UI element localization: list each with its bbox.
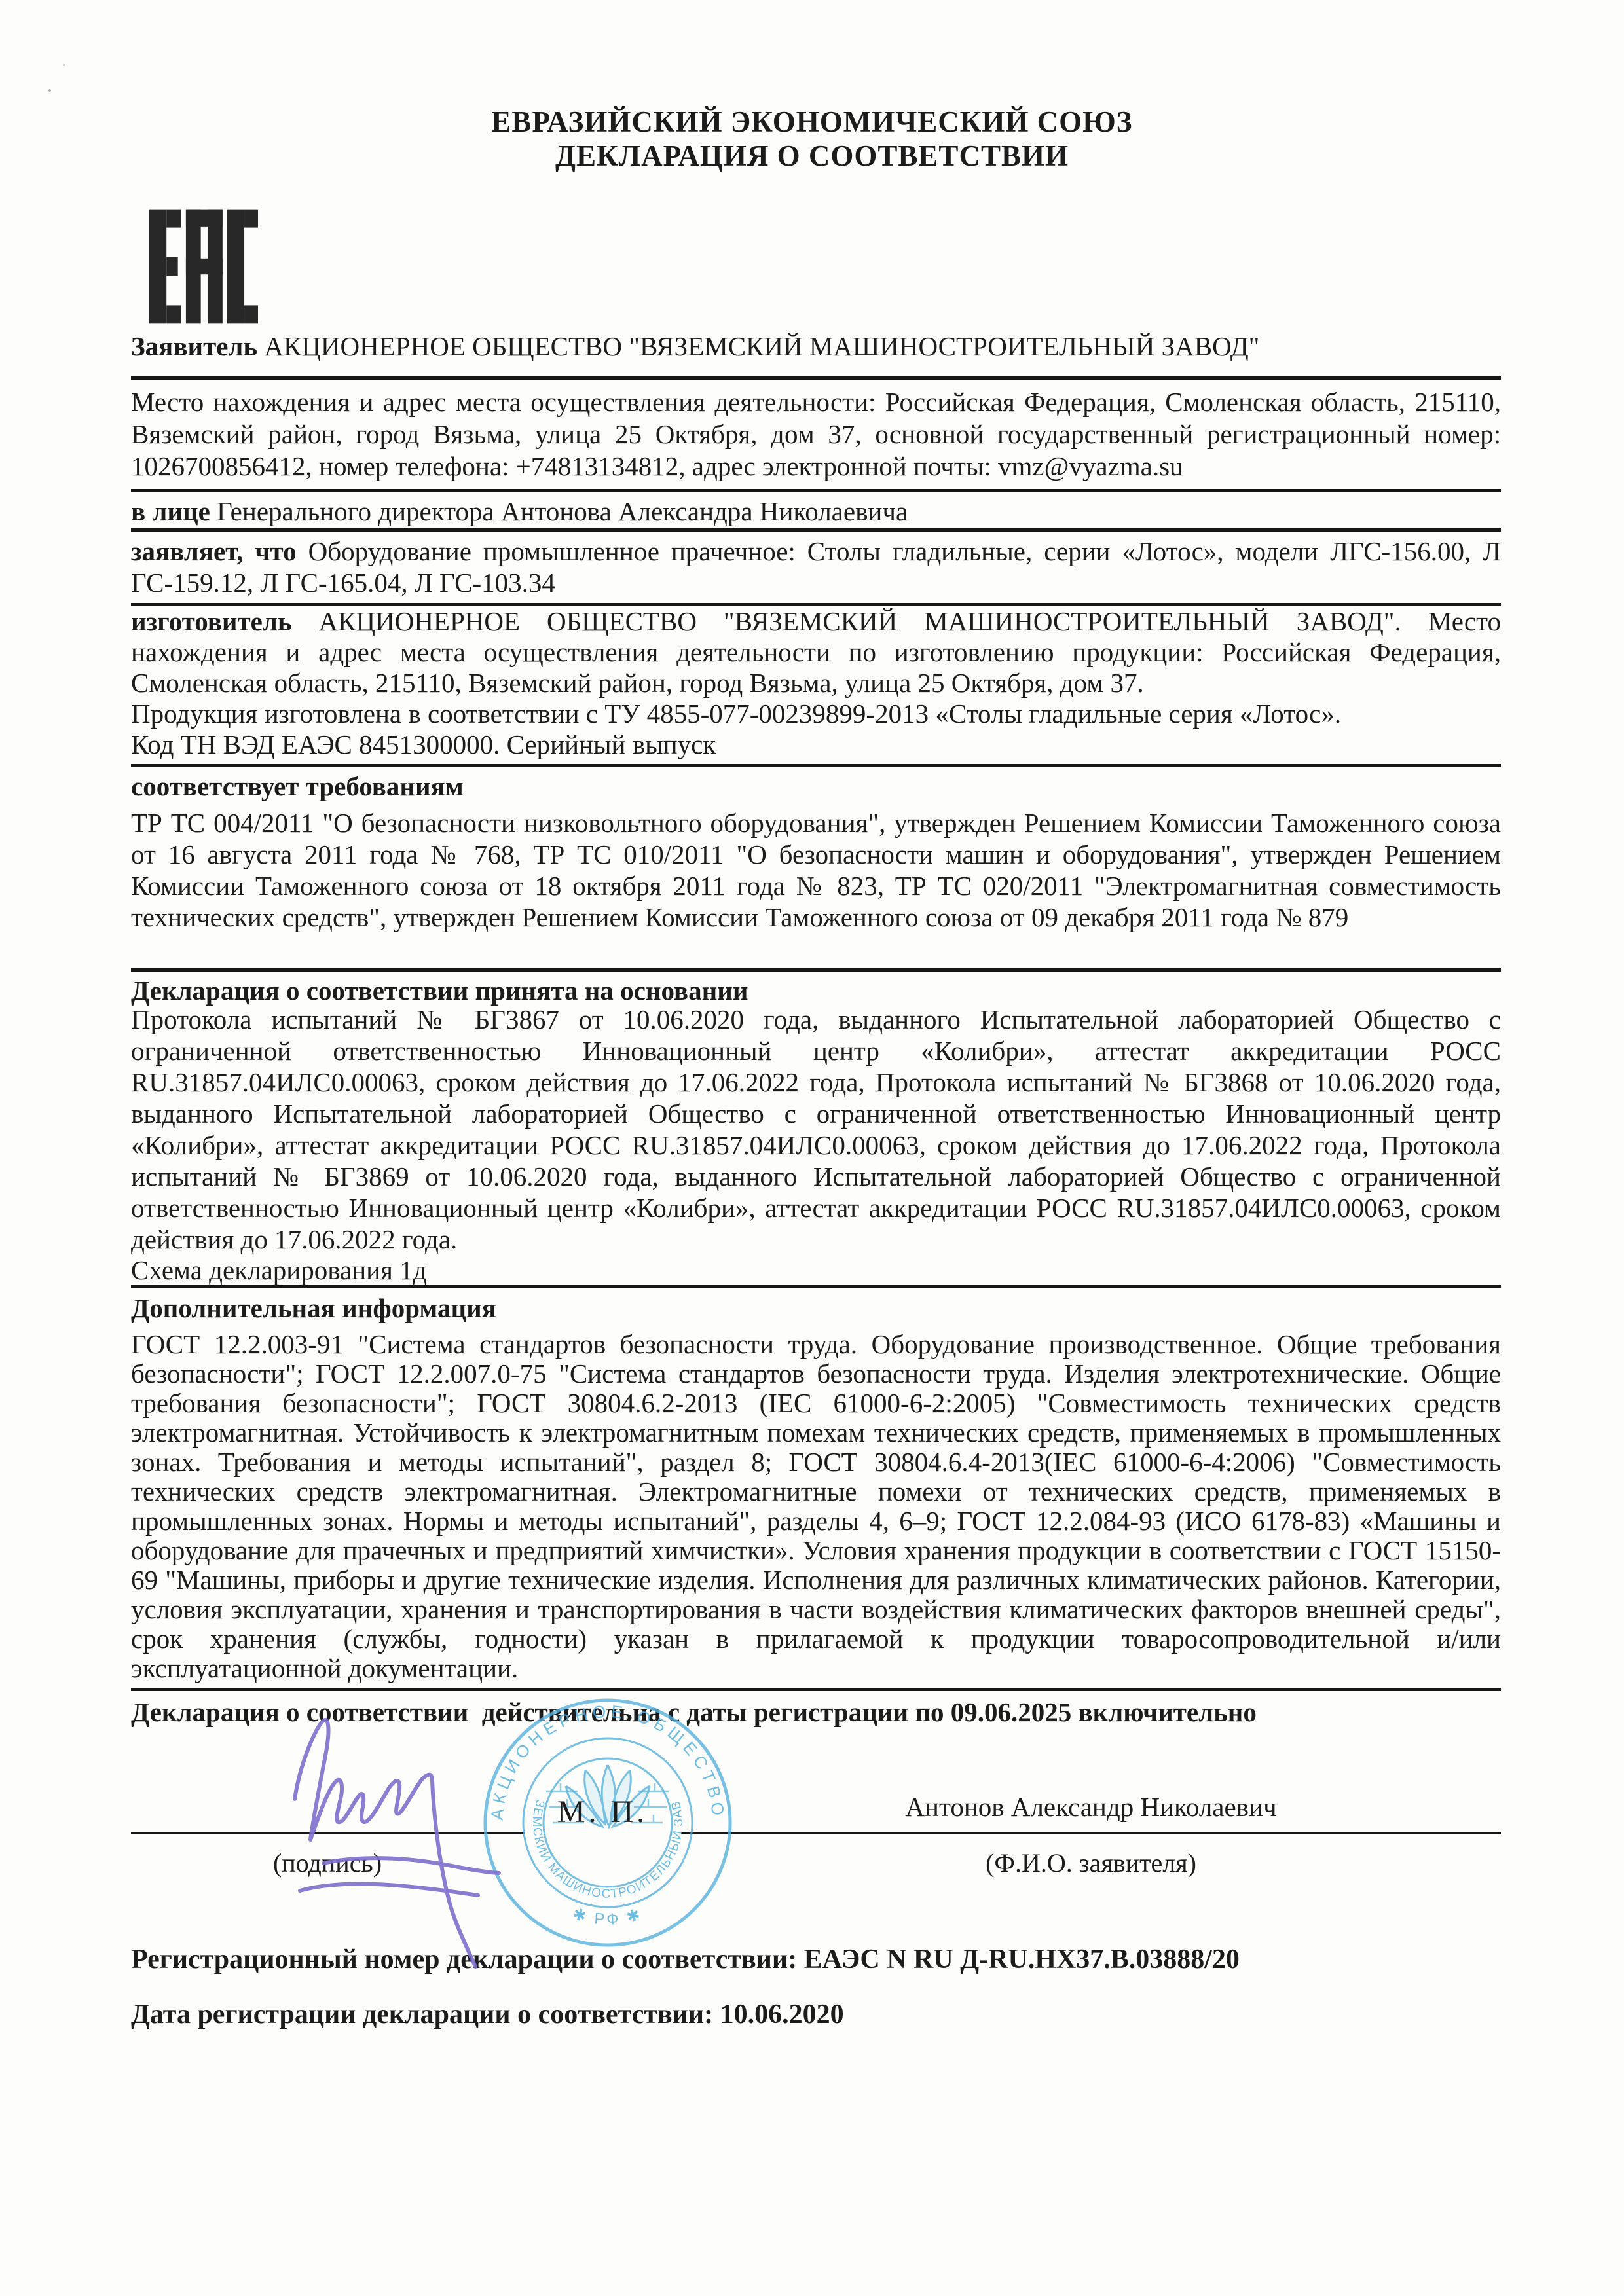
- declares-text: Оборудование промышленное прачечное: Сто…: [131, 536, 1501, 598]
- tnved-code: Код ТН ВЭД ЕАЭС 8451300000. Серийный вып…: [131, 729, 1501, 760]
- eac-mark-icon: [149, 208, 258, 325]
- section-address: Место нахождения и адрес места осуществл…: [131, 386, 1501, 483]
- declarant-name: АКЦИОНЕРНОЕ ОБЩЕСТВО "ВЯЗЕМСКИЙ МАШИНОСТ…: [264, 331, 1259, 361]
- additional-heading: Дополнительная информация: [131, 1293, 1501, 1324]
- section-declares: заявляет, что Оборудование промышленное …: [131, 536, 1501, 598]
- declaration-scheme: Схема декларирования 1д: [131, 1255, 1501, 1286]
- signature-line-right: [681, 1832, 1501, 1834]
- section-additional: ГОСТ 12.2.003-91 "Система стандартов без…: [131, 1330, 1501, 1683]
- declaration-document: ЕВРАЗИЙСКИЙ ЭКОНОМИЧЕСКИЙ СОЮЗ ДЕКЛАРАЦИ…: [0, 0, 1624, 2296]
- scan-speck: [48, 89, 51, 92]
- divider: [131, 968, 1501, 972]
- additional-text: ГОСТ 12.2.003-91 "Система стандартов без…: [131, 1330, 1501, 1683]
- manufacturer-label: изготовитель: [131, 606, 292, 636]
- declares-label: заявляет, что: [131, 536, 297, 566]
- stamp-bottom-text: ✱ РФ ✱: [571, 1905, 645, 1929]
- seal-place-label: М. П.: [550, 1794, 655, 1830]
- in-person-text: Генерального директора Антонова Александ…: [217, 496, 908, 526]
- divider: [131, 1688, 1501, 1691]
- complies-heading: соответствует требованиям: [131, 771, 1501, 802]
- svg-text:✱ РФ ✱: ✱ РФ ✱: [571, 1905, 645, 1929]
- signer-name: Антонов Александр Николаевич: [681, 1791, 1501, 1823]
- scan-speck: [63, 64, 65, 66]
- section-declarant: Заявитель АКЦИОНЕРНОЕ ОБЩЕСТВО "ВЯЗЕМСКИ…: [131, 331, 1501, 362]
- divider: [131, 1285, 1501, 1288]
- divider: [131, 764, 1501, 767]
- basis-heading: Декларация о соответствии принята на осн…: [131, 975, 1501, 1006]
- section-manufacturer: изготовитель АКЦИОНЕРНОЕ ОБЩЕСТВО "ВЯЗЕМ…: [131, 606, 1501, 760]
- divider: [131, 489, 1501, 492]
- page-title-line2: ДЕКЛАРАЦИЯ О СООТВЕТСТВИИ: [0, 139, 1624, 173]
- page-title-line1: ЕВРАЗИЙСКИЙ ЭКОНОМИЧЕСКИЙ СОЮЗ: [0, 105, 1624, 139]
- signature-icon: [261, 1701, 523, 1976]
- address-text: Место нахождения и адрес места осуществл…: [131, 386, 1501, 483]
- basis-text: Протокола испытаний № БГ3867 от 10.06.20…: [131, 1004, 1501, 1255]
- section-complies: ТР ТС 004/2011 "О безопасности низковоль…: [131, 807, 1501, 933]
- divider: [131, 376, 1501, 380]
- divider: [131, 528, 1501, 532]
- made-per-text: Продукция изготовлена в соответствии с Т…: [131, 699, 1501, 729]
- section-basis: Протокола испытаний № БГ3867 от 10.06.20…: [131, 1004, 1501, 1255]
- complies-text: ТР ТС 004/2011 "О безопасности низковоль…: [131, 807, 1501, 933]
- in-person-label: в лице: [131, 496, 210, 526]
- section-in-person: в лице Генерального директора Антонова А…: [131, 496, 1501, 527]
- fio-caption: (Ф.И.О. заявителя): [681, 1848, 1501, 1878]
- declarant-label: Заявитель: [131, 331, 257, 361]
- registration-date-line: Дата регистрации декларации о соответств…: [131, 1999, 1501, 2030]
- handwritten-signature: [261, 1701, 523, 1979]
- manufacturer-text: АКЦИОНЕРНОЕ ОБЩЕСТВО "ВЯЗЕМСКИЙ МАШИНОСТ…: [131, 606, 1501, 698]
